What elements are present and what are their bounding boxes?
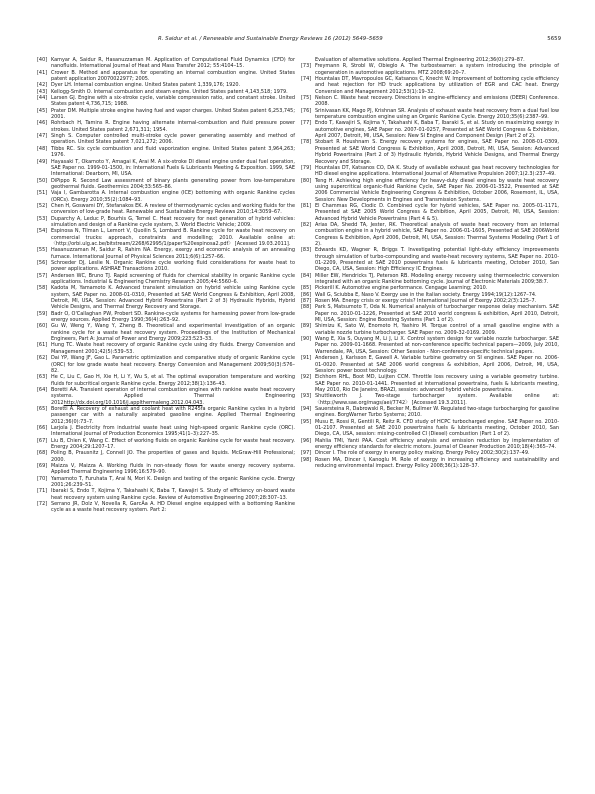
- reference-item: [70]Yamamoto T, Furuhata T, Arai N, Mori…: [37, 476, 295, 489]
- reference-text: Stobart R Houshnam S. Energy recovery sy…: [315, 139, 559, 164]
- reference-item: [61]Hung TC. Waste heat recovery of orga…: [37, 342, 295, 355]
- reference-item: [50]DiPippo R. Second Law assessment of …: [37, 178, 295, 191]
- references-right-column: Evaluation of alternative solutions. App…: [301, 57, 559, 469]
- reference-text: Park S, Matsumoto T, Oda N. Numerical an…: [315, 304, 559, 323]
- reference-text: Hasanuzzaman M, Saidur R, Rahim NA. Ener…: [51, 247, 295, 259]
- reference-text: Nelson C. Waste heat recovery. Direction…: [315, 95, 559, 107]
- reference-item: [67]Liu B, Chien K, Wang C. Effect of wo…: [37, 438, 295, 451]
- reference-number: [66]: [37, 425, 50, 431]
- reference-text: Edwards KD, Wagner R, Briggs T. Investig…: [315, 247, 559, 272]
- reference-number: [90]: [301, 336, 314, 342]
- reference-text: Chen H, Goswami DY, Stefanakos EK. A rev…: [51, 203, 295, 215]
- reference-item: [59]Badr O, O'Callaghan PW, Probert SD. …: [37, 311, 295, 324]
- reference-item: [53]Duparchy A, Leduc P, Bourhis G, Tern…: [37, 216, 295, 229]
- reference-item: [52]Chen H, Goswami DY, Stefanakos EK. A…: [37, 203, 295, 216]
- reference-item: [47]Singh S. Computer controlled multi-s…: [37, 133, 295, 146]
- reference-number: [40]: [37, 57, 50, 63]
- reference-text: Teng H. Achieving high engine efficiency…: [315, 178, 559, 203]
- reference-text: Poling B, Prausnitz J, Connell JO. The p…: [51, 450, 295, 462]
- reference-item: [92]Eichhorn RHL, Boot MD, Luijten CCM. …: [301, 374, 559, 393]
- page-number: 5659: [547, 36, 561, 42]
- reference-number: [80]: [301, 178, 314, 184]
- reference-item: [44]Larsen GJ. Engine with a six-stroke …: [37, 95, 295, 108]
- reference-text: Freymann R, Strobl W, Obieglo A. The tur…: [315, 63, 559, 75]
- reference-number: [72]: [37, 501, 50, 507]
- reference-text: Schroeder DJ, Leslie N. Organic Rankine …: [51, 260, 295, 272]
- reference-number: [81]: [301, 203, 314, 209]
- reference-text: Andersen J, Karlsson E, Gawell A. Variab…: [315, 355, 559, 374]
- reference-number: [54]: [37, 228, 50, 234]
- reference-item: [63]He C, Liu C, Gao H, Xie H, Li Y, Wu …: [37, 374, 295, 387]
- reference-item: [90]Wang E, Xia S, Ouyang M, Li J, Li X.…: [301, 336, 559, 355]
- reference-item: [45]Prater DM. Multiple stroke engine ha…: [37, 108, 295, 121]
- reference-number: [47]: [37, 133, 50, 139]
- reference-text: Yamamoto T, Furuhata T, Arai N, Mori K. …: [51, 476, 295, 488]
- reference-number: [74]: [301, 76, 314, 82]
- reference-number: [53]: [37, 216, 50, 222]
- reference-text: Singh S. Computer controlled multi-strok…: [51, 133, 295, 145]
- reference-number: [96]: [301, 438, 314, 444]
- reference-number: [83]: [301, 247, 314, 253]
- reference-text: Endo T, Kawajiri S, Kojima Y, Takahashi …: [315, 120, 559, 139]
- reference-item: [75]Nelson C. Waste heat recovery. Direc…: [301, 95, 559, 108]
- reference-text: Vaja I, Gambarotta A. Internal combustio…: [51, 190, 295, 202]
- reference-number: [50]: [37, 178, 50, 184]
- reference-number: [98]: [301, 457, 314, 463]
- reference-number: [56]: [37, 260, 50, 266]
- reference-number: [63]: [37, 374, 50, 380]
- reference-number: [59]: [37, 311, 50, 317]
- reference-number: [84]: [301, 273, 314, 279]
- reference-number: [41]: [37, 70, 50, 76]
- reference-number: [67]: [37, 438, 50, 444]
- reference-number: [62]: [37, 355, 50, 361]
- reference-item: [78]Stobart R Houshnam S. Energy recover…: [301, 139, 559, 164]
- reference-item: [93]Shuttleworth J. Two-stage turbocharg…: [301, 393, 559, 406]
- journal-citation: R. Saidur et al. / Renewable and Sustain…: [158, 36, 383, 42]
- reference-number: [79]: [301, 165, 314, 171]
- reference-item: [56]Schroeder DJ, Leslie N. Organic Rank…: [37, 260, 295, 273]
- reference-item: [73]Freymann R, Strobl W, Obieglo A. The…: [301, 63, 559, 76]
- reference-text: Shimizu K, Sato W, Enomoto H, Yashiro M.…: [315, 323, 559, 335]
- reference-number: [77]: [301, 120, 314, 126]
- reference-number: [89]: [301, 323, 314, 329]
- reference-number: [94]: [301, 406, 314, 412]
- reference-text: Serrano JR, Dolz V, Novella R, GarcÃa A.…: [51, 501, 295, 513]
- reference-text: Musu E, Rossi R, Gentili R, Reitz R. CFD…: [315, 419, 559, 438]
- doi-link[interactable]: http://dx.doi.org/10.1016/j.applthermale…: [64, 400, 203, 406]
- reference-text: Espinosa N, Tilman L, Lemort V, Quoilin …: [51, 228, 295, 247]
- reference-number: [58]: [37, 285, 50, 291]
- reference-item: [51]Vaja I, Gambarotta A. Internal combu…: [37, 190, 295, 203]
- reference-item: [71]Ibaraki S, Endo T, Kojima Y, Takahas…: [37, 488, 295, 501]
- reference-item: [74]Hountalas DT, Mavropoulos GC, Katsan…: [301, 76, 559, 95]
- reference-item: [46]Rohrbach H, Tamins R. Engine having …: [37, 120, 295, 133]
- reference-text: Eichhorn RHL, Boot MD, Luijten CCM. Thro…: [315, 374, 559, 393]
- reference-text: Liu B, Chien K, Wang C. Effect of workin…: [51, 438, 295, 450]
- reference-text: Maizza V, Maizza A. Working fluids in no…: [51, 463, 295, 475]
- reference-tail: .: [202, 400, 204, 406]
- reference-number: [88]: [301, 304, 314, 310]
- reference-number: [60]: [37, 323, 50, 329]
- reference-text: Andersen WC, Bruno TJ. Rapid screening o…: [51, 273, 295, 285]
- reference-number: [61]: [37, 342, 50, 348]
- reference-item: [76]Srinivasan KK, Mago PJ, Krishnan SR.…: [301, 108, 559, 121]
- reference-text: Wang E, Xia S, Ouyang M, Li J, Li X. Con…: [315, 336, 559, 355]
- reference-item: [96]Mahlia TMI, Yanti PAA. Cost efficien…: [301, 438, 559, 451]
- reference-number: [52]: [37, 203, 50, 209]
- reference-text: Larjola J. Electricity from industrial w…: [51, 425, 295, 437]
- reference-text: Rosen MA, Dincer I, Kanoglu M. Role of e…: [315, 457, 559, 469]
- reference-text: Rosen MA. Energy crisis or exergy crisis…: [315, 298, 536, 304]
- reference-text: He C, Liu C, Gao H, Xie H, Li Y, Wu S, e…: [51, 374, 295, 386]
- reference-text: Kamyar A, Saidur R, Hasanuzzaman M. Appl…: [51, 57, 295, 69]
- reference-number: [78]: [301, 139, 314, 145]
- reference-number: [68]: [37, 450, 50, 456]
- reference-number: [45]: [37, 108, 50, 114]
- reference-number: [91]: [301, 355, 314, 361]
- reference-text: Kadota M, Yamamoto K. Advanced transient…: [51, 285, 295, 310]
- reference-text: Badr O, O'Callaghan PW, Probert SD. Rank…: [51, 311, 295, 323]
- reference-text: Dai YP, Wang JF, Gao L. Parametric optim…: [51, 355, 295, 374]
- reference-text: Hung TC. Waste heat recovery of organic …: [51, 342, 295, 354]
- reference-number: [65]: [37, 406, 50, 412]
- reference-number: [76]: [301, 108, 314, 114]
- reference-item: [49]Hayasaki T, Okamoto Y, Amagai K, Ara…: [37, 159, 295, 178]
- reference-number: [70]: [37, 476, 50, 482]
- reference-text: Shuttleworth J. Two-stage turbocharger s…: [315, 393, 559, 405]
- reference-item: [58]Kadota M, Yamamoto K. Advanced trans…: [37, 285, 295, 310]
- reference-item: [48]Tibbs RC. Six cycle combustion and f…: [37, 146, 295, 159]
- reference-text: Boretti A. Recovery of exhaust and coola…: [51, 406, 295, 425]
- reference-item: [80]Teng H. Achieving high engine effici…: [301, 178, 559, 203]
- reference-text: Dincer I. The role of exergy in energy p…: [315, 450, 530, 456]
- reference-number: [64]: [37, 387, 50, 393]
- reference-text: Gu W, Weng Y, Wang Y, Zheng B. Theoretic…: [51, 323, 295, 342]
- reference-number: [46]: [37, 120, 50, 126]
- reference-number: [93]: [301, 393, 314, 399]
- reference-item: [88]Park S, Matsumoto T, Oda N. Numerica…: [301, 304, 559, 323]
- reference-item: [66]Larjola J. Electricity from industri…: [37, 425, 295, 438]
- reference-item: [79]Hountalas DT, Katsanos CO, DA K. Stu…: [301, 165, 559, 178]
- reference-text: Crower B. Method and apparatus for opera…: [51, 70, 295, 82]
- reference-text: Dyer LH. Internal combustion engine. Uni…: [51, 82, 240, 88]
- reference-item: [82]Arias DA, Shedd TA, Jester, RK. Theo…: [301, 222, 559, 247]
- reference-text: Hountalas DT, Katsanos CO, DA K. Study o…: [315, 165, 559, 177]
- reference-number: [48]: [37, 146, 50, 152]
- reference-text: Srinivasan KK, Mago PJ, Krishnan SR. Ana…: [315, 108, 559, 120]
- reference-item: [91]Andersen J, Karlsson E, Gawell A. Va…: [301, 355, 559, 374]
- reference-text: Pickerill K. Automotive engine performan…: [315, 285, 487, 291]
- reference-number: [92]: [301, 374, 314, 380]
- reference-text: Rohrbach H, Tamins R. Engine having alte…: [51, 120, 295, 132]
- reference-item: [69]Maizza V, Maizza A. Working fluids i…: [37, 463, 295, 476]
- reference-text: Mahlia TMI, Yanti PAA. Cost efficiency a…: [315, 438, 559, 450]
- reference-item: [98]Rosen MA, Dincer I, Kanoglu M. Role …: [301, 457, 559, 470]
- reference-item: [72]Serrano JR, Dolz V, Novella R, GarcÃ…: [37, 501, 295, 514]
- reference-number: [57]: [37, 273, 50, 279]
- reference-item: [81]El Chammas RG, Clodic D. Combined cy…: [301, 203, 559, 222]
- reference-number: [49]: [37, 159, 50, 165]
- reference-text: Prater DM. Multiple stroke engine having…: [51, 108, 295, 120]
- reference-number: [95]: [301, 419, 314, 425]
- reference-number: [71]: [37, 488, 50, 494]
- reference-number: [69]: [37, 463, 50, 469]
- reference-text: Arias DA, Shedd TA, Jester, RK. Theoreti…: [315, 222, 559, 247]
- reference-text: DiPippo R. Second Law assessment of bina…: [51, 178, 295, 190]
- reference-text: Tibbs RC. Six cycle combustion and fluid…: [51, 146, 295, 158]
- reference-item: [89]Shimizu K, Sato W, Enomoto H, Yashir…: [301, 323, 559, 336]
- reference-item: [60]Gu W, Weng Y, Wang Y, Zheng B. Theor…: [37, 323, 295, 342]
- reference-text: Kellogg-Smith O. Internal combustion and…: [51, 89, 288, 95]
- reference-number: [82]: [301, 222, 314, 228]
- reference-item: [62]Dai YP, Wang JF, Gao L. Parametric o…: [37, 355, 295, 374]
- reference-item: [40]Kamyar A, Saidur R, Hasanuzzaman M. …: [37, 57, 295, 70]
- reference-item: [57]Andersen WC, Bruno TJ. Rapid screeni…: [37, 273, 295, 286]
- reference-number: [51]: [37, 190, 50, 196]
- reference-item: [68]Poling B, Prausnitz J, Connell JO. T…: [37, 450, 295, 463]
- reference-number: [44]: [37, 95, 50, 101]
- reference-text: Sauersteina R, Dabrowski R, Becker M, Bu…: [315, 406, 559, 418]
- reference-item: [65]Boretti A. Recovery of exhaust and c…: [37, 406, 295, 425]
- reference-text: Miller EW, Hendricks TJ, Peterson RB. Mo…: [315, 273, 559, 285]
- reference-item: [41]Crower B. Method and apparatus for o…: [37, 70, 295, 83]
- reference-text: Hountalas DT, Mavropoulos GC, Katsanos C…: [315, 76, 559, 95]
- reference-item: [95]Musu E, Rossi R, Gentili R, Reitz R.…: [301, 419, 559, 438]
- references-left-column: [40]Kamyar A, Saidur R, Hasanuzzaman M. …: [37, 57, 295, 514]
- reference-item: [54]Espinosa N, Tilman L, Lemort V, Quoi…: [37, 228, 295, 247]
- reference-item: [84]Miller EW, Hendricks TJ, Peterson RB…: [301, 273, 559, 286]
- running-head: R. Saidur et al. / Renewable and Sustain…: [34, 36, 561, 46]
- reference-text: Larsen GJ. Engine with a six-stroke cycl…: [51, 95, 295, 107]
- reference-number: [73]: [301, 63, 314, 69]
- reference-item: [55]Hasanuzzaman M, Saidur R, Rahim NA. …: [37, 247, 295, 260]
- reference-number: [55]: [37, 247, 50, 253]
- reference-item: [94]Sauersteina R, Dabrowski R, Becker M…: [301, 406, 559, 419]
- reference-item: [64]Boretti AA. Transient operation of i…: [37, 387, 295, 406]
- reference-item: [83]Edwards KD, Wagner R, Briggs T. Inve…: [301, 247, 559, 272]
- reference-text: Wall G, Sciubba E, Naso V. Exergy use in…: [315, 292, 537, 298]
- reference-item: [77]Endo T, Kawajiri S, Kojima Y, Takaha…: [301, 120, 559, 139]
- reference-text: Duparchy A, Leduc P, Bourhis G, Ternel C…: [51, 216, 295, 228]
- reference-text: El Chammas RG, Clodic D. Combined cycle …: [315, 203, 559, 222]
- reference-number: [75]: [301, 95, 314, 101]
- reference-text: Hayasaki T, Okamoto Y, Amagai K, Arai M.…: [51, 159, 295, 178]
- reference-text: Ibaraki S, Endo T, Kojima Y, Takahashi K…: [51, 488, 295, 500]
